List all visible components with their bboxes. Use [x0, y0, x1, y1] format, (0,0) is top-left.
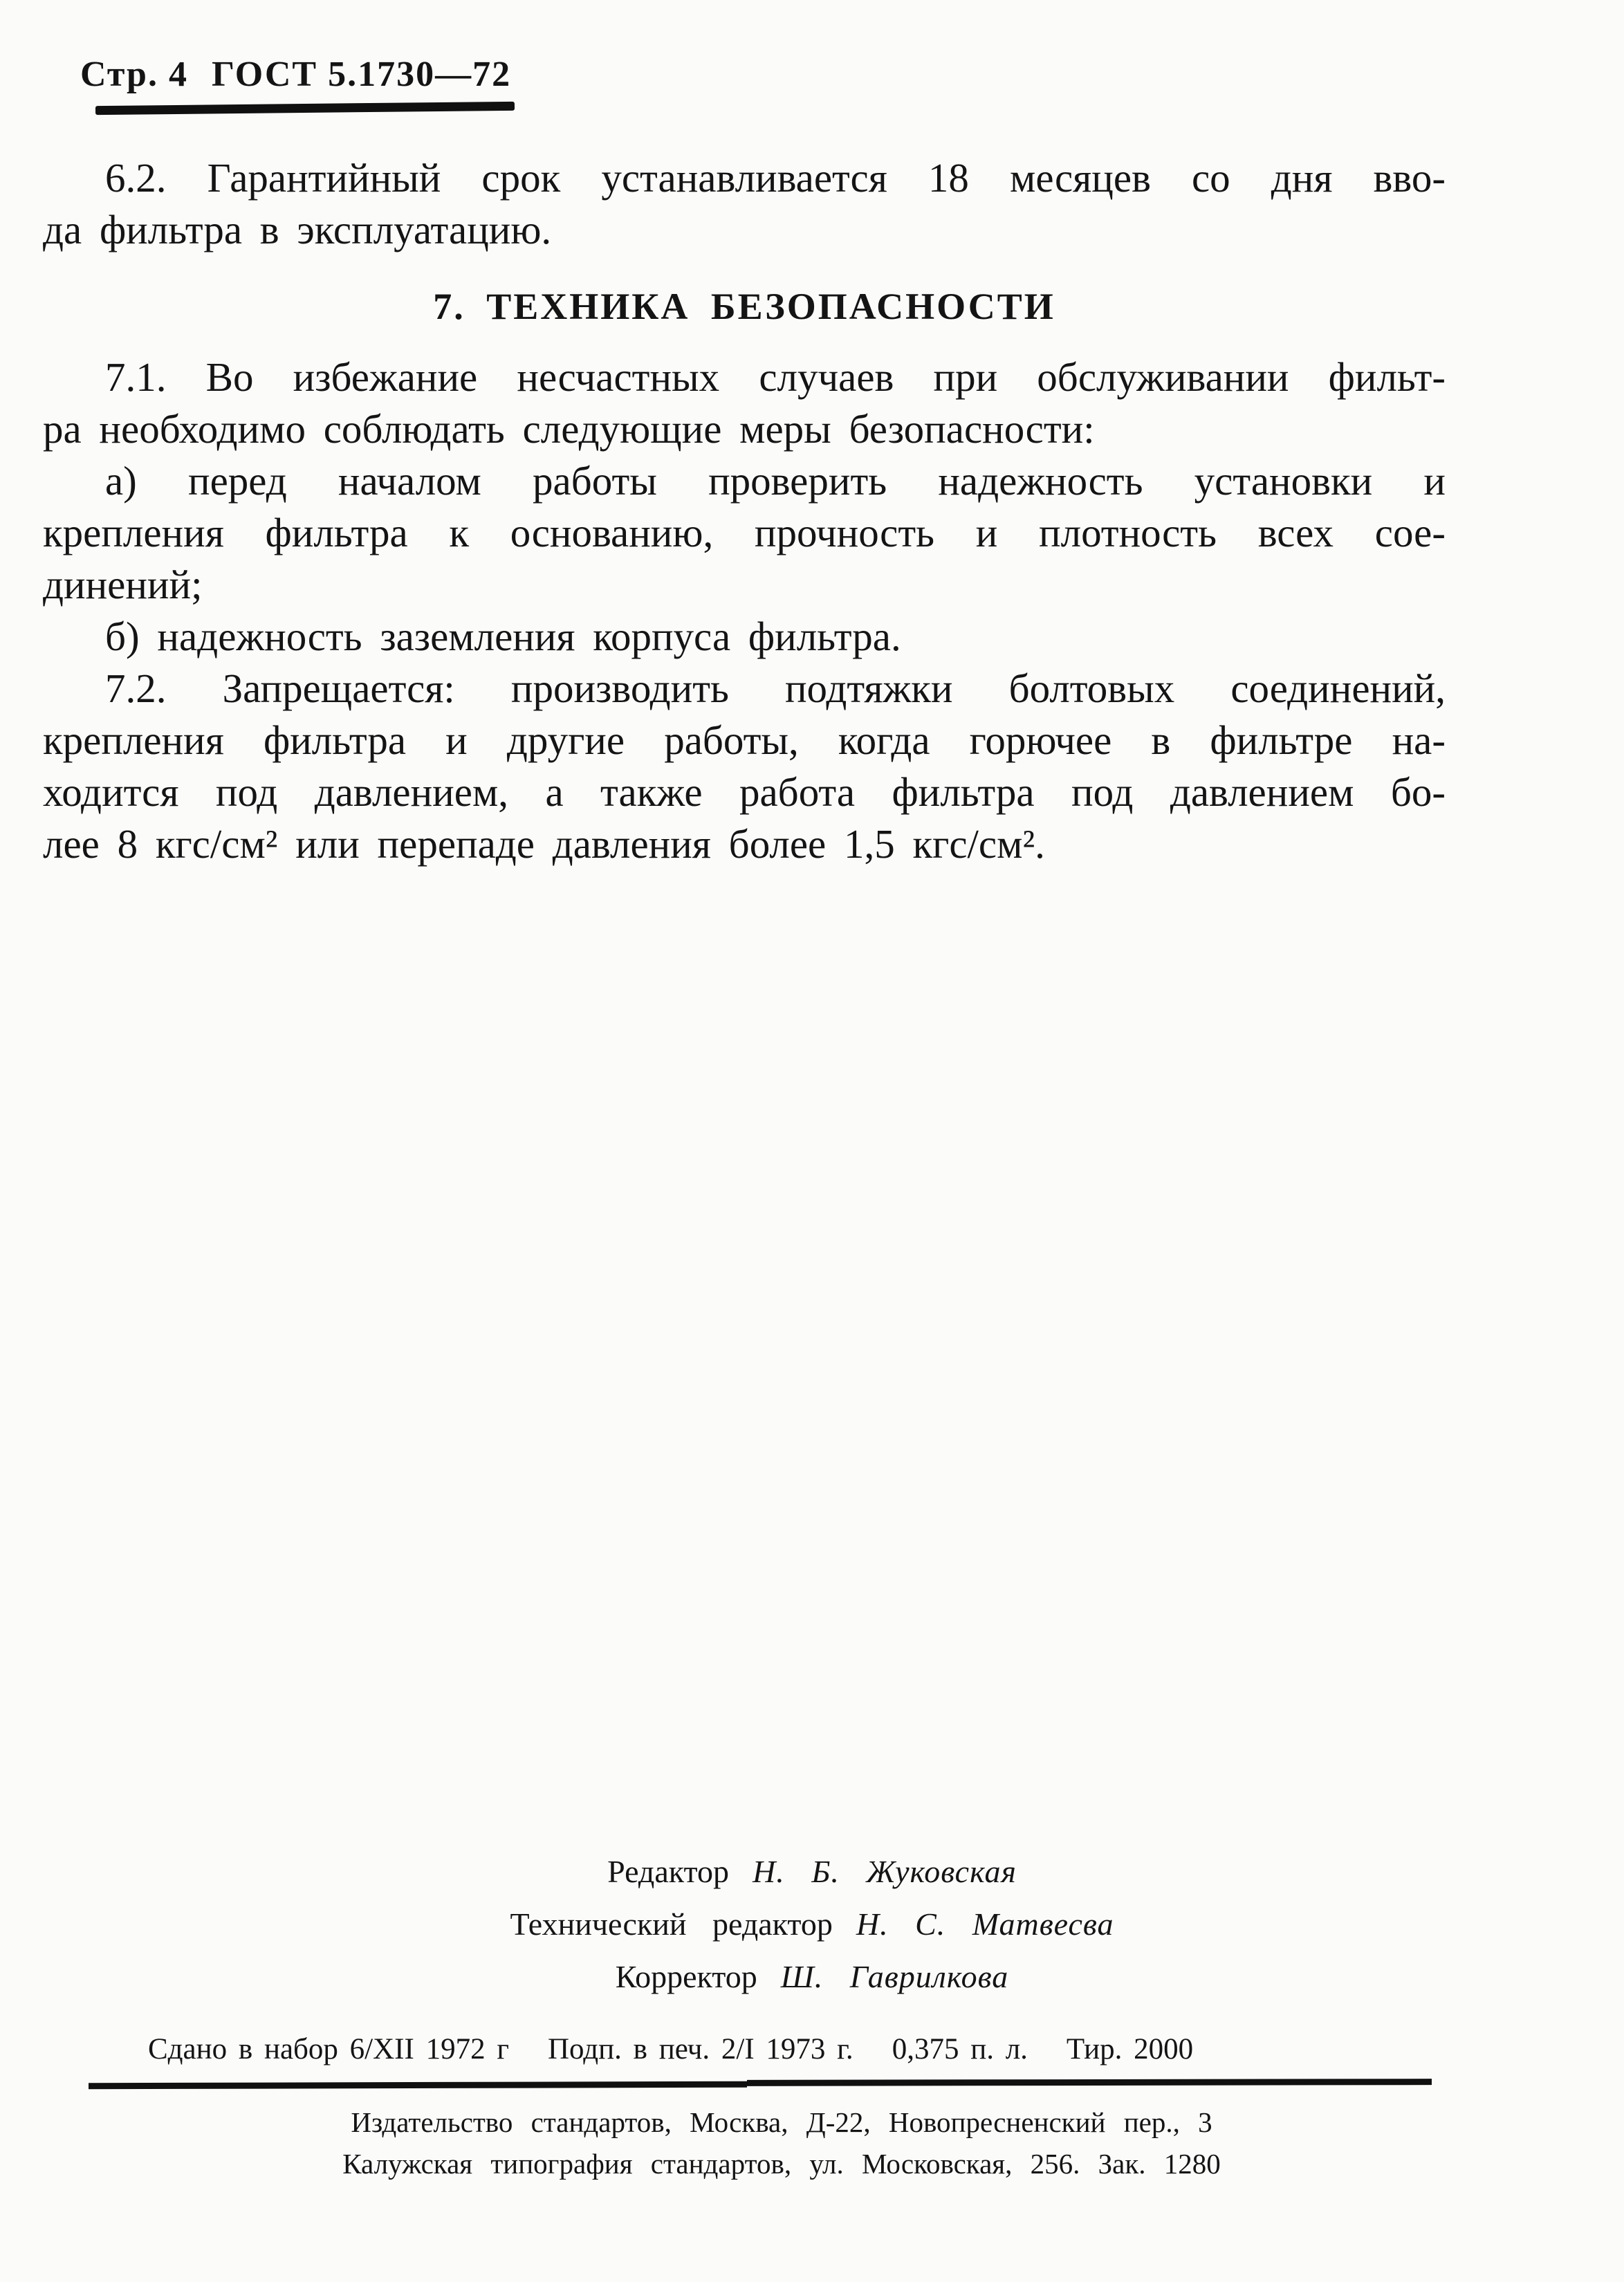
- credit-name: Н. С. Матвесва: [856, 1906, 1114, 1942]
- divider-segment: [89, 2081, 747, 2089]
- credit-role: Технический редактор: [510, 1906, 832, 1942]
- credits-block: РедакторН. Б. Жуковская Технический реда…: [0, 1846, 1624, 2003]
- page-number-label: Стр. 4: [80, 55, 188, 94]
- section-7-heading: 7. ТЕХНИКА БЕЗОПАСНОСТИ: [43, 282, 1446, 331]
- credit-name: Ш. Гаврилкова: [781, 1959, 1008, 1994]
- imprint-line: Сдано в набор 6/XII 1972 г Подп. в печ. …: [148, 2032, 1462, 2066]
- para-7-1-line: ра необходимо соблюдать следующие меры б…: [43, 403, 1446, 455]
- item-a-line: крепления фильтра к основанию, прочность…: [43, 507, 1446, 559]
- imprint-typeset-date: Сдано в набор 6/XII 1972 г: [148, 2032, 509, 2066]
- para-7-2-line: ходится под давлением, а также работа фи…: [43, 766, 1446, 818]
- credit-role: Корректор: [616, 1959, 757, 1994]
- item-a-line: динений;: [43, 559, 1446, 611]
- publisher-block: Издательство стандартов, Москва, Д-22, Н…: [0, 2101, 1563, 2184]
- imprint-circulation: Тир. 2000: [1067, 2032, 1193, 2066]
- credit-editor: РедакторН. Б. Жуковская: [0, 1846, 1624, 1898]
- credit-tech-editor: Технический редакторН. С. Матвесва: [0, 1898, 1624, 1951]
- credit-role: Редактор: [607, 1854, 729, 1889]
- publisher-address-line: Издательство стандартов, Москва, Д-22, Н…: [0, 2101, 1563, 2143]
- para-7-2-line: крепления фильтра и другие работы, когда…: [43, 715, 1446, 766]
- page-header: Стр. 4ГОСТ 5.1730—72: [80, 54, 511, 95]
- para-6-2-line: да фильтра в эксплуатацию.: [43, 204, 1446, 256]
- credit-name: Н. Б. Жуковская: [753, 1854, 1017, 1889]
- item-a-line: а) перед началом работы проверить надежн…: [43, 455, 1446, 507]
- scanned-document-page: Стр. 4ГОСТ 5.1730—72 6.2. Гарантийный ср…: [0, 0, 1624, 2282]
- para-7-2-line: 7.2. Запрещается: производить подтяжки б…: [43, 663, 1446, 715]
- para-7-1-line: 7.1. Во избежание несчастных случаев при…: [43, 351, 1446, 403]
- standard-number: ГОСТ 5.1730—72: [212, 55, 511, 94]
- para-6-2-line: 6.2. Гарантийный срок устанавливается 18…: [43, 152, 1446, 204]
- para-7-2-line: лее 8 кгс/см² или перепаде давления боле…: [43, 818, 1446, 870]
- document-body: 6.2. Гарантийный срок устанавливается 18…: [43, 152, 1446, 870]
- colophon-divider-rule: [89, 2079, 1432, 2089]
- typography-address-line: Калужская типография стандартов, ул. Мос…: [0, 2143, 1563, 2184]
- credit-proofreader: КорректорШ. Гаврилкова: [0, 1951, 1624, 2003]
- divider-segment: [747, 2079, 1432, 2086]
- imprint-signed-date: Подп. в печ. 2/I 1973 г.: [548, 2032, 853, 2066]
- header-underline-rule: [95, 102, 515, 115]
- imprint-print-sheets: 0,375 п. л.: [892, 2032, 1028, 2066]
- item-b-line: б) надежность заземления корпуса фильтра…: [43, 611, 1446, 663]
